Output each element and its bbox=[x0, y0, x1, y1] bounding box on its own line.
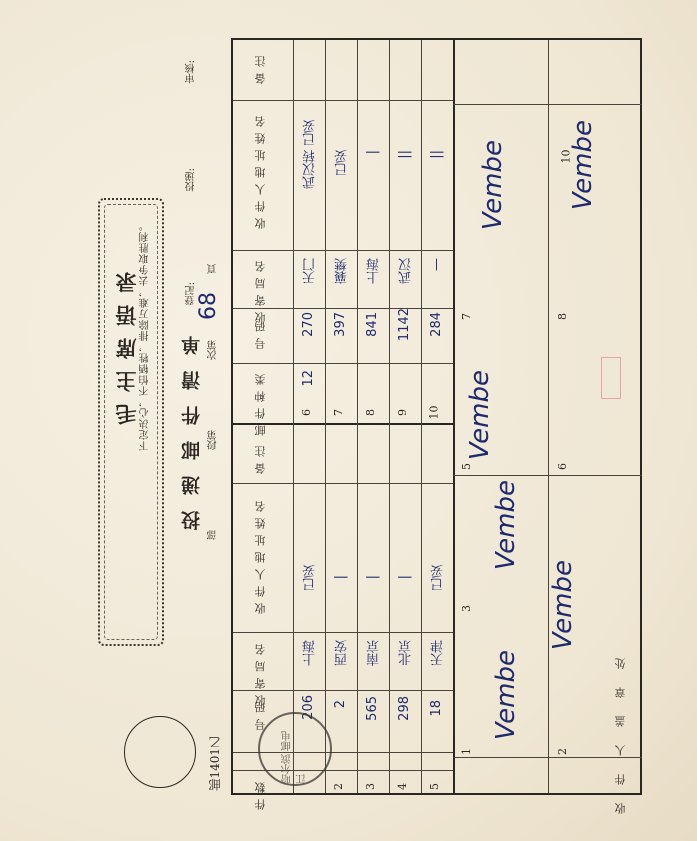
mail-type-cell: 12 bbox=[301, 370, 316, 387]
recipient-cell: | bbox=[333, 575, 348, 579]
signature: Vembe bbox=[465, 370, 495, 460]
sig-box-number: 6 bbox=[556, 463, 569, 470]
header-mail-type: 邮件种类 bbox=[253, 368, 269, 436]
seal-circle bbox=[124, 716, 196, 788]
sequence-label: 次第 bbox=[206, 340, 221, 360]
post-office-cell: 襄樊 bbox=[333, 258, 352, 284]
number-cell: 1142 bbox=[397, 308, 412, 341]
signature: Vembe bbox=[491, 650, 521, 740]
post-office-cell: 武汉 bbox=[397, 258, 416, 284]
number-cell: 284 bbox=[429, 312, 444, 337]
row-number: 9 bbox=[396, 409, 409, 416]
row-number: 3 bbox=[364, 783, 377, 790]
section-label: 段第 bbox=[206, 430, 221, 450]
recipient-cell: 已妥 bbox=[301, 565, 320, 591]
row-number: 6 bbox=[300, 409, 313, 416]
row-number: 7 bbox=[332, 409, 345, 416]
number-cell: 298 bbox=[397, 696, 412, 721]
header-recipient: 收件人地址姓名 bbox=[253, 110, 269, 229]
number-cell: 2 bbox=[333, 700, 348, 708]
header-post-office: 收寄局名 bbox=[253, 255, 269, 323]
row-number: 5 bbox=[428, 783, 441, 790]
form-title: 投递邮件清单 bbox=[178, 320, 205, 530]
row-number: 10 bbox=[428, 406, 441, 420]
recipient-cell: 已妥 bbox=[429, 565, 448, 591]
post-office-cell: 西安 bbox=[333, 640, 352, 666]
post-office-cell: 上海 bbox=[301, 640, 320, 666]
signature-area-label: 收件人盖章处 bbox=[613, 640, 629, 814]
number-cell: 397 bbox=[333, 312, 348, 337]
review-label: 审核: bbox=[184, 60, 199, 83]
sig-box-number: 8 bbox=[556, 313, 569, 320]
postmark-stamp: 哈尔滨 邮电 江 bbox=[258, 712, 332, 786]
number-cell: 270 bbox=[301, 312, 316, 337]
signature: Vembe bbox=[491, 480, 521, 570]
number-cell: 18 bbox=[429, 700, 444, 717]
signature: Vembe bbox=[478, 140, 508, 230]
recipient-cell: | bbox=[397, 575, 412, 579]
delivery-table: 备注 收件人地址姓名 收寄局名 号码 邮件种类 备注 收件人地址姓名 收寄局名 … bbox=[231, 38, 642, 795]
header-count-left: 件数 bbox=[253, 776, 269, 810]
post-office-cell: 上海 bbox=[365, 258, 384, 284]
post-office-cell: 南京 bbox=[365, 640, 384, 666]
row-number: 2 bbox=[332, 783, 345, 790]
header-remark-left: 备注 bbox=[253, 440, 269, 474]
recipient-cell: | bbox=[365, 575, 380, 579]
form-code: 邮1401乙 bbox=[206, 736, 223, 791]
post-office-cell: — bbox=[429, 258, 444, 271]
recipient-cell: || bbox=[397, 150, 412, 159]
header-remark: 备注 bbox=[253, 50, 269, 84]
page-label: 頁 bbox=[206, 264, 221, 274]
recipient-cell: 已妥 bbox=[333, 150, 352, 176]
sig-box-number: 5 bbox=[460, 463, 473, 470]
recipient-cell: 武汉转 已妥 bbox=[301, 120, 320, 189]
number-cell: 841 bbox=[365, 312, 380, 337]
red-seal-stamp bbox=[601, 357, 621, 399]
delivery-label: 投递: bbox=[184, 168, 199, 191]
post-office-cell: 天门 bbox=[301, 258, 320, 284]
quotation-text: 下定决心，不怕牺牲，排除万难，去争取胜利。 bbox=[138, 220, 153, 451]
row-number: 4 bbox=[396, 783, 409, 790]
sig-box-number: 2 bbox=[556, 748, 569, 755]
row-number: 8 bbox=[364, 409, 377, 416]
signature: Vembe bbox=[548, 560, 578, 650]
number-cell: 565 bbox=[365, 696, 380, 721]
sig-box-number: 7 bbox=[460, 313, 473, 320]
sig-box-number: 1 bbox=[460, 748, 473, 755]
recipient-cell: | bbox=[365, 150, 380, 154]
signature: Vembe bbox=[568, 120, 598, 210]
page-number: 68 bbox=[196, 292, 221, 320]
header-number: 号码 bbox=[253, 315, 269, 349]
dept-label: 部 bbox=[206, 530, 221, 540]
header-recipient-left: 收件人地址姓名 bbox=[253, 495, 269, 614]
recipient-cell: || bbox=[429, 150, 444, 159]
sig-box-number: 3 bbox=[460, 605, 473, 612]
post-office-cell: 北京 bbox=[397, 640, 416, 666]
post-office-cell: 天津 bbox=[429, 640, 448, 666]
